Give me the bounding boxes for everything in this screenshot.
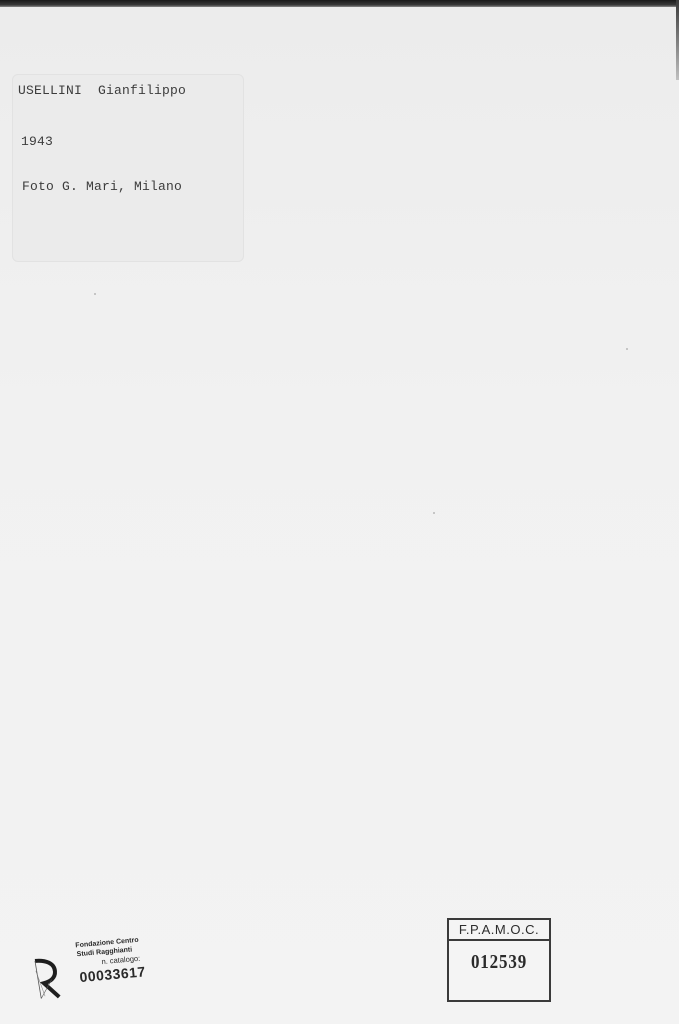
photo-credit: Foto G. Mari, Milano: [22, 179, 182, 194]
ragghianti-r-logo-icon: [32, 957, 62, 1001]
scan-top-edge: [0, 0, 679, 7]
paper-speck: [433, 512, 435, 514]
archive-stamp-header: F.P.A.M.O.C.: [449, 920, 549, 941]
paper-speck: [94, 293, 96, 295]
artist-name: USELLINI Gianfilippo: [18, 83, 186, 98]
catalog-stamp: Fondazione Centro Studi Ragghianti n. ca…: [31, 935, 156, 1007]
paper-speck: [626, 348, 628, 350]
photo-back-page: USELLINI Gianfilippo 1943 Foto G. Mari, …: [0, 0, 679, 1024]
archive-stamp: F.P.A.M.O.C. 012539: [447, 918, 551, 1002]
archive-stamp-number: 012539: [457, 951, 542, 974]
typed-label-card: USELLINI Gianfilippo 1943 Foto G. Mari, …: [13, 75, 243, 261]
year: 1943: [21, 134, 53, 149]
